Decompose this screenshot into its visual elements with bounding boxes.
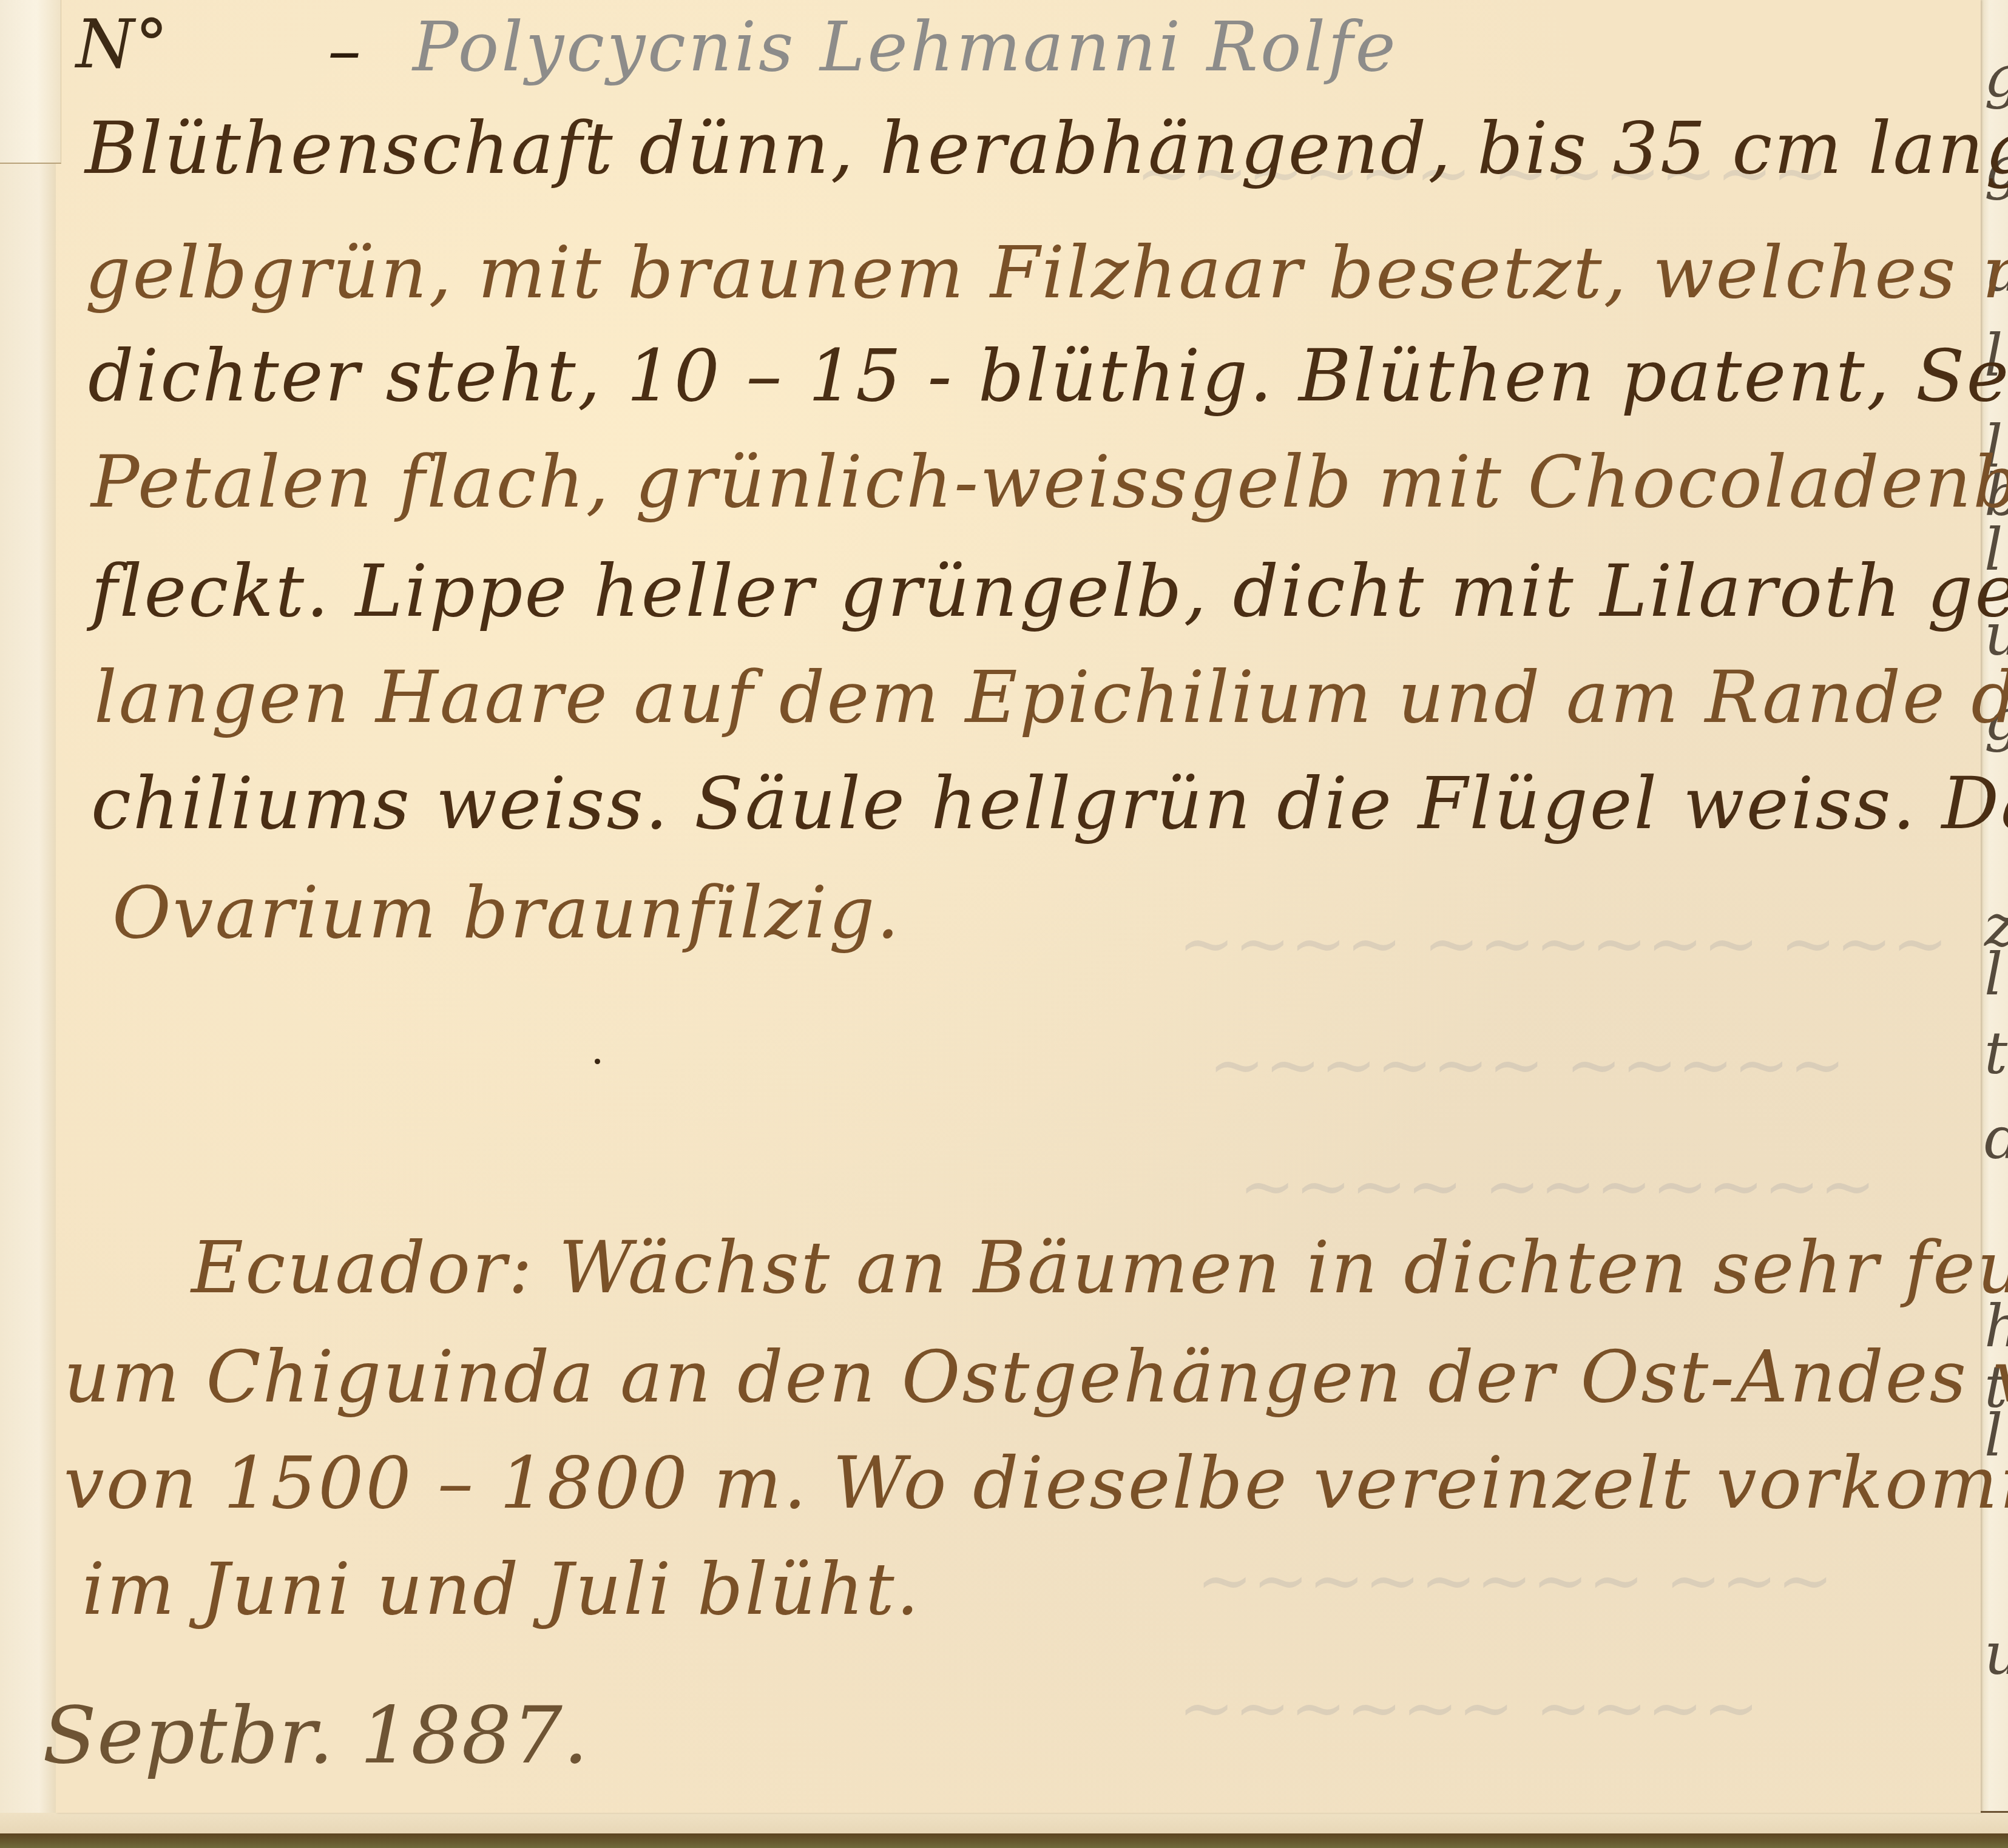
bleed-through-text: ~~~~ ~~~~~~ ~~~ (1178, 910, 1948, 977)
left-sheet-edge (0, 163, 56, 1813)
bleed-through-text: ~~~~ ~~~~~~~ (1239, 1153, 1876, 1219)
right-fragment: d (1984, 1110, 2008, 1168)
bleed-through-text: ~~~~~~ ~~~~ (1178, 1674, 1759, 1741)
background-surface (0, 1833, 2008, 1848)
right-fragment: u (1984, 1626, 2008, 1684)
description-line: Blüthenschaft dünn, herabhängend, bis 35… (85, 112, 2008, 184)
description-line: fleckt. Lippe heller grüngelb, dicht mit… (91, 555, 2008, 627)
header-dash: – (328, 17, 362, 84)
bleed-through-text: ~~~~~~ ~~~~~ (1209, 1031, 1845, 1098)
number-label: N° (76, 11, 169, 78)
right-fragment: t (1984, 1025, 2007, 1083)
description-line: dichter steht, 10 – 15 - blüthig. Blüthe… (88, 340, 2008, 411)
description-line: gelbgrün, mit braunem Filzhaar besetzt, … (85, 237, 2008, 308)
species-name-pencil: Polycycnis Lehmanni Rolfe (413, 13, 1398, 81)
description-line: chiliums weiss. Säule hellgrün die Flüge… (91, 767, 2008, 839)
right-fragment: g (1984, 49, 2008, 106)
locality-line: von 1500 – 1800 m. Wo dieselbe vereinzel… (64, 1447, 2008, 1519)
date-signature: Septbr. 1887. (42, 1696, 589, 1775)
description-line: Petalen flach, grünlich-weissgelb mit Ch… (91, 446, 2008, 518)
description-line: Ovarium braunfilzig. (112, 877, 901, 948)
locality-line: im Juni und Juli blüht. (82, 1553, 921, 1625)
locality-line: Ecuador: Wächst an Bäumen in dichten seh… (191, 1232, 2008, 1303)
bleed-through-text: ~~~~~~~~ ~~~ (1197, 1547, 1833, 1614)
locality-line: um Chiguinda an den Ostgehängen der Ost-… (64, 1341, 2008, 1412)
ink-dot (595, 1059, 600, 1064)
folded-paper-tab (0, 0, 61, 164)
description-line: langen Haare auf dem Epichilium und am R… (94, 661, 2008, 733)
right-fragment: l (1984, 946, 2003, 1004)
